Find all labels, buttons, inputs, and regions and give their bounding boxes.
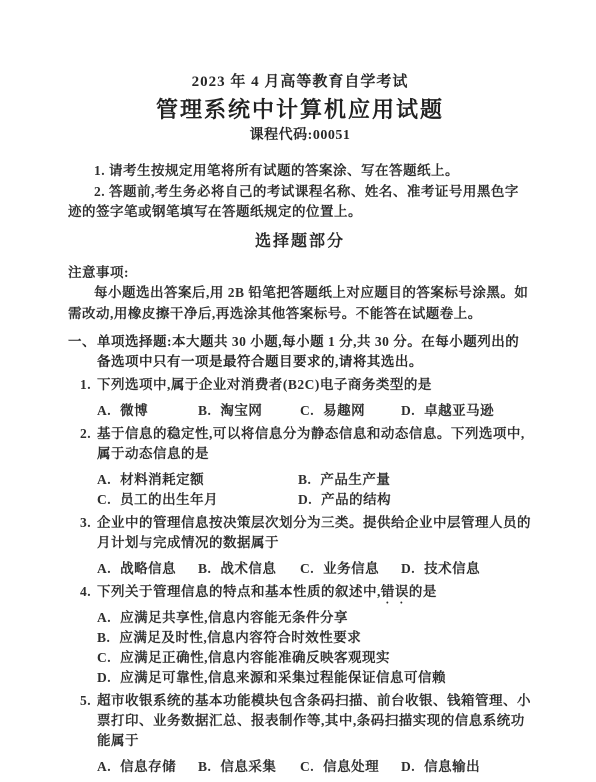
option-text: 业务信息 [323,561,379,576]
option-text: 应满足共享性,信息内容能无条件分享 [120,610,348,625]
question-stem: 2.基于信息的稳定性,可以将信息分为静态信息和动态信息。下列选项中,属于动态信息… [80,424,532,469]
section-title: 选择题部分 [68,233,532,251]
option-4b: B.应满足及时性,信息内容符合时效性要求 [97,628,532,648]
option-3d: D.技术信息 [401,559,480,579]
option-2b: B.产品生产量 [298,470,532,490]
question-options: A.信息存储 B.信息采集 C.信息处理 D.信息输出 [97,757,532,777]
question-stem-text: 下列选项中,属于企业对消费者(B2C)电子商务类型的是 [97,377,432,392]
option-text: 信息输出 [424,759,480,774]
option-5b: B.信息采集 [198,757,300,777]
question-stem-text: 企业中的管理信息按决策层次划分为三类。提供给企业中层管理人员的月计划与完成情况的… [97,515,531,550]
option-text: 应满足正确性,信息内容能准确反映客观现实 [120,650,390,665]
exam-session-title: 2023 年 4 月高等教育自学考试 [68,74,532,91]
option-text: 战术信息 [220,561,276,576]
question-stem-text: 基于信息的稳定性,可以将信息分为静态信息和动态信息。下列选项中,属于动态信息的是 [97,426,525,461]
question-number: 3. [80,513,91,533]
option-5c: C.信息处理 [300,757,401,777]
option-label: A. [97,403,111,418]
question-1: 1.下列选项中,属于企业对消费者(B2C)电子商务类型的是 A.微博 B.淘宝网… [80,375,532,421]
attention-block: 注意事项: 每小题选出答案后,用 2B 铅笔把答题纸上对应题目的答案标号涂黑。如… [68,263,532,325]
option-text: 应满足及时性,信息内容符合时效性要求 [119,630,361,645]
option-text: 信息采集 [220,759,276,774]
option-label: D. [401,561,415,576]
part1-title: 单项选择题:本大题共 30 小题,每小题 1 分,共 30 分。在每小题列出的备… [97,334,519,369]
attention-label: 注意事项: [68,263,532,284]
option-4a: A.应满足共享性,信息内容能无条件分享 [97,608,532,628]
option-label: B. [198,403,211,418]
option-1d: D.卓越亚马逊 [401,401,494,421]
question-number: 5. [80,691,91,711]
question-number: 2. [80,424,91,444]
option-text: 产品的结构 [321,492,391,507]
option-text: 战略信息 [120,561,176,576]
option-text: 员工的出生年月 [120,492,218,507]
question-3: 3.企业中的管理信息按决策层次划分为三类。提供给企业中层管理人员的月计划与完成情… [80,513,532,579]
question-number: 4. [80,582,91,602]
option-2a: A.材料消耗定额 [97,470,298,490]
question-stem-text: 的是 [409,584,437,599]
question-2: 2.基于信息的稳定性,可以将信息分为静态信息和动态信息。下列选项中,属于动态信息… [80,424,532,510]
option-1c: C.易趣网 [300,401,401,421]
part1-header: 一、 单项选择题:本大题共 30 小题,每小题 1 分,共 30 分。在每小题列… [68,332,532,372]
candidate-notices: 1. 请考生按规定用笔将所有试题的答案涂、写在答题纸上。 2. 答题前,考生务必… [68,161,532,223]
option-label: B. [198,561,211,576]
exam-paper-page: 2023 年 4 月高等教育自学考试 管理系统中计算机应用试题 课程代码:000… [0,0,596,782]
option-text: 卓越亚马逊 [424,403,494,418]
question-options: A.战略信息 B.战术信息 C.业务信息 D.技术信息 [97,559,532,579]
option-3c: C.业务信息 [300,559,401,579]
option-text: 信息处理 [323,759,379,774]
option-text: 产品生产量 [320,472,390,487]
option-label: C. [300,759,314,774]
question-stem: 3.企业中的管理信息按决策层次划分为三类。提供给企业中层管理人员的月计划与完成情… [80,513,532,558]
option-label: C. [97,650,111,665]
option-3b: B.战术信息 [198,559,300,579]
option-4d: D.应满足可靠性,信息来源和采集过程能保证信息可信赖 [97,668,532,688]
option-1a: A.微博 [97,401,198,421]
emphasized-term: 错误 [381,584,409,599]
notice-item: 1. 请考生按规定用笔将所有试题的答案涂、写在答题纸上。 [68,161,532,182]
option-text: 淘宝网 [220,403,262,418]
question-stem-text: 下列关于管理信息的特点和基本性质的叙述中, [97,584,381,599]
question-options: A.应满足共享性,信息内容能无条件分享 B.应满足及时性,信息内容符合时效性要求… [97,608,532,688]
page-content: 2023 年 4 月高等教育自学考试 管理系统中计算机应用试题 课程代码:000… [0,74,596,777]
notice-item: 2. 答题前,考生务必将自己的考试课程名称、姓名、准考证号用黑色字迹的签字笔或钢… [68,182,532,223]
attention-body: 每小题选出答案后,用 2B 铅笔把答题纸上对应题目的答案标号涂黑。如需改动,用橡… [68,283,532,324]
option-1b: B.淘宝网 [198,401,300,421]
option-label: D. [298,492,312,507]
option-label: D. [401,759,415,774]
option-text: 易趣网 [323,403,365,418]
question-stem: 4.下列关于管理信息的特点和基本性质的叙述中,错误的是 [80,582,532,607]
option-label: A. [97,472,111,487]
option-3a: A.战略信息 [97,559,198,579]
option-2d: D.产品的结构 [298,490,532,510]
course-code: 课程代码:00051 [68,128,532,144]
option-label: C. [300,403,314,418]
option-label: D. [97,670,111,685]
option-4c: C.应满足正确性,信息内容能准确反映客观现实 [97,648,532,668]
option-label: C. [97,492,111,507]
option-label: B. [198,759,211,774]
question-options: A.材料消耗定额 B.产品生产量 C.员工的出生年月 D.产品的结构 [97,470,532,510]
option-text: 应满足可靠性,信息来源和采集过程能保证信息可信赖 [120,670,446,685]
question-5: 5.超市收银系统的基本功能模块包含条码扫描、前台收银、钱箱管理、小票打印、业务数… [80,691,532,777]
option-text: 信息存储 [120,759,176,774]
question-4: 4.下列关于管理信息的特点和基本性质的叙述中,错误的是 A.应满足共享性,信息内… [80,582,532,688]
question-options: A.微博 B.淘宝网 C.易趣网 D.卓越亚马逊 [97,401,532,421]
option-label: A. [97,610,111,625]
question-stem: 1.下列选项中,属于企业对消费者(B2C)电子商务类型的是 [80,375,532,400]
option-text: 技术信息 [424,561,480,576]
part1-number: 一、 [68,332,96,352]
option-label: C. [300,561,314,576]
option-text: 材料消耗定额 [120,472,204,487]
option-label: B. [298,472,311,487]
option-2c: C.员工的出生年月 [97,490,298,510]
paper-title: 管理系统中计算机应用试题 [68,97,532,122]
question-stem: 5.超市收银系统的基本功能模块包含条码扫描、前台收银、钱箱管理、小票打印、业务数… [80,691,532,756]
option-5d: D.信息输出 [401,757,480,777]
option-label: A. [97,759,111,774]
option-label: D. [401,403,415,418]
option-label: B. [97,630,110,645]
question-stem-text: 超市收银系统的基本功能模块包含条码扫描、前台收银、钱箱管理、小票打印、业务数据汇… [97,693,531,748]
option-text: 微博 [120,403,148,418]
question-number: 1. [80,375,91,395]
option-label: A. [97,561,111,576]
option-5a: A.信息存储 [97,757,198,777]
